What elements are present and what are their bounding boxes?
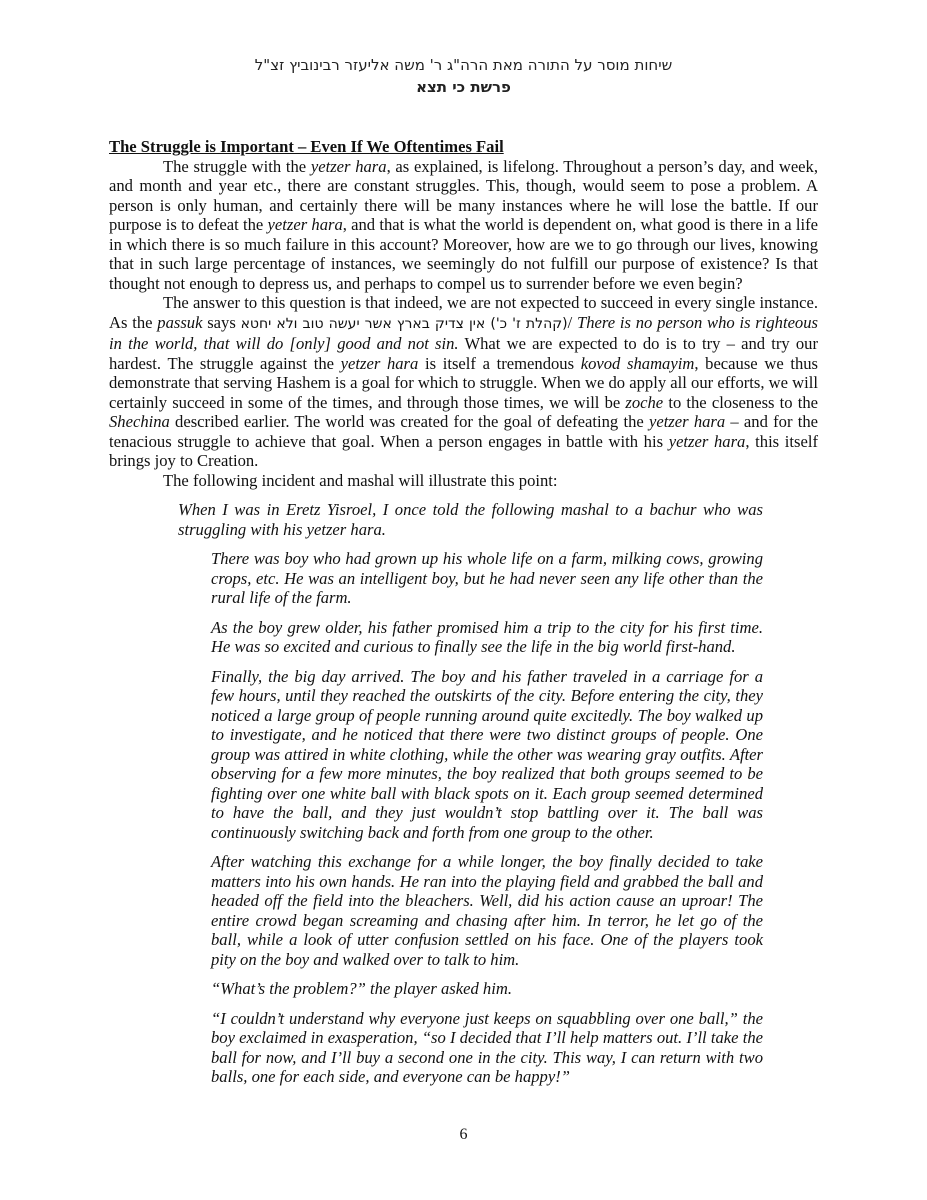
paragraph-2: The answer to this question is that inde…	[109, 293, 818, 471]
italic-term: passuk	[157, 313, 202, 332]
italic-term: yetzer hara	[669, 432, 746, 451]
text-run: is itself a tremendous	[418, 354, 580, 373]
italic-term: yetzer hara	[311, 157, 387, 176]
page-number: 6	[0, 1126, 927, 1144]
text-run: to the closeness to the	[663, 393, 818, 412]
section-title: The Struggle is Important – Even If We O…	[109, 137, 818, 157]
quote-intro: When I was in Eretz Yisroel, I once told…	[178, 500, 763, 539]
mashal-paragraph: After watching this exchange for a while…	[211, 852, 763, 969]
page-body: The Struggle is Important – Even If We O…	[109, 137, 818, 1087]
italic-term: Shechina	[109, 412, 170, 431]
mashal-paragraph: As the boy grew older, his father promis…	[211, 618, 763, 657]
text-run: /	[568, 313, 577, 332]
mashal-paragraph: “I couldn’t understand why everyone just…	[211, 1009, 763, 1087]
text-run: The struggle with the	[163, 157, 311, 176]
text-run: described earlier. The world was created…	[170, 412, 649, 431]
italic-term: yetzer hara	[649, 412, 725, 431]
hebrew-verse: (קהלת ז' כ') אין צדיק בארץ אשר יעשה טוב …	[241, 316, 568, 332]
text-run: says	[202, 313, 240, 332]
mashal-paragraph: There was boy who had grown up his whole…	[211, 549, 763, 608]
document-page: שיחות מוסר על התורה מאת הרה"ג ר' משה אלי…	[0, 0, 927, 1200]
paragraph-1: The struggle with the yetzer hara, as ex…	[109, 157, 818, 294]
mashal-paragraph: “What’s the problem?” the player asked h…	[211, 979, 763, 999]
paragraph-3: The following incident and mashal will i…	[109, 471, 818, 491]
running-header-parsha: פרשת כי תצא	[0, 78, 927, 96]
italic-term: zoche	[625, 393, 663, 412]
italic-term: kovod shamayim	[581, 354, 695, 373]
mashal-paragraph: Finally, the big day arrived. The boy an…	[211, 667, 763, 843]
italic-term: yetzer hara	[341, 354, 419, 373]
running-header-author: שיחות מוסר על התורה מאת הרה"ג ר' משה אלי…	[0, 56, 927, 74]
italic-term: yetzer hara	[268, 215, 343, 234]
